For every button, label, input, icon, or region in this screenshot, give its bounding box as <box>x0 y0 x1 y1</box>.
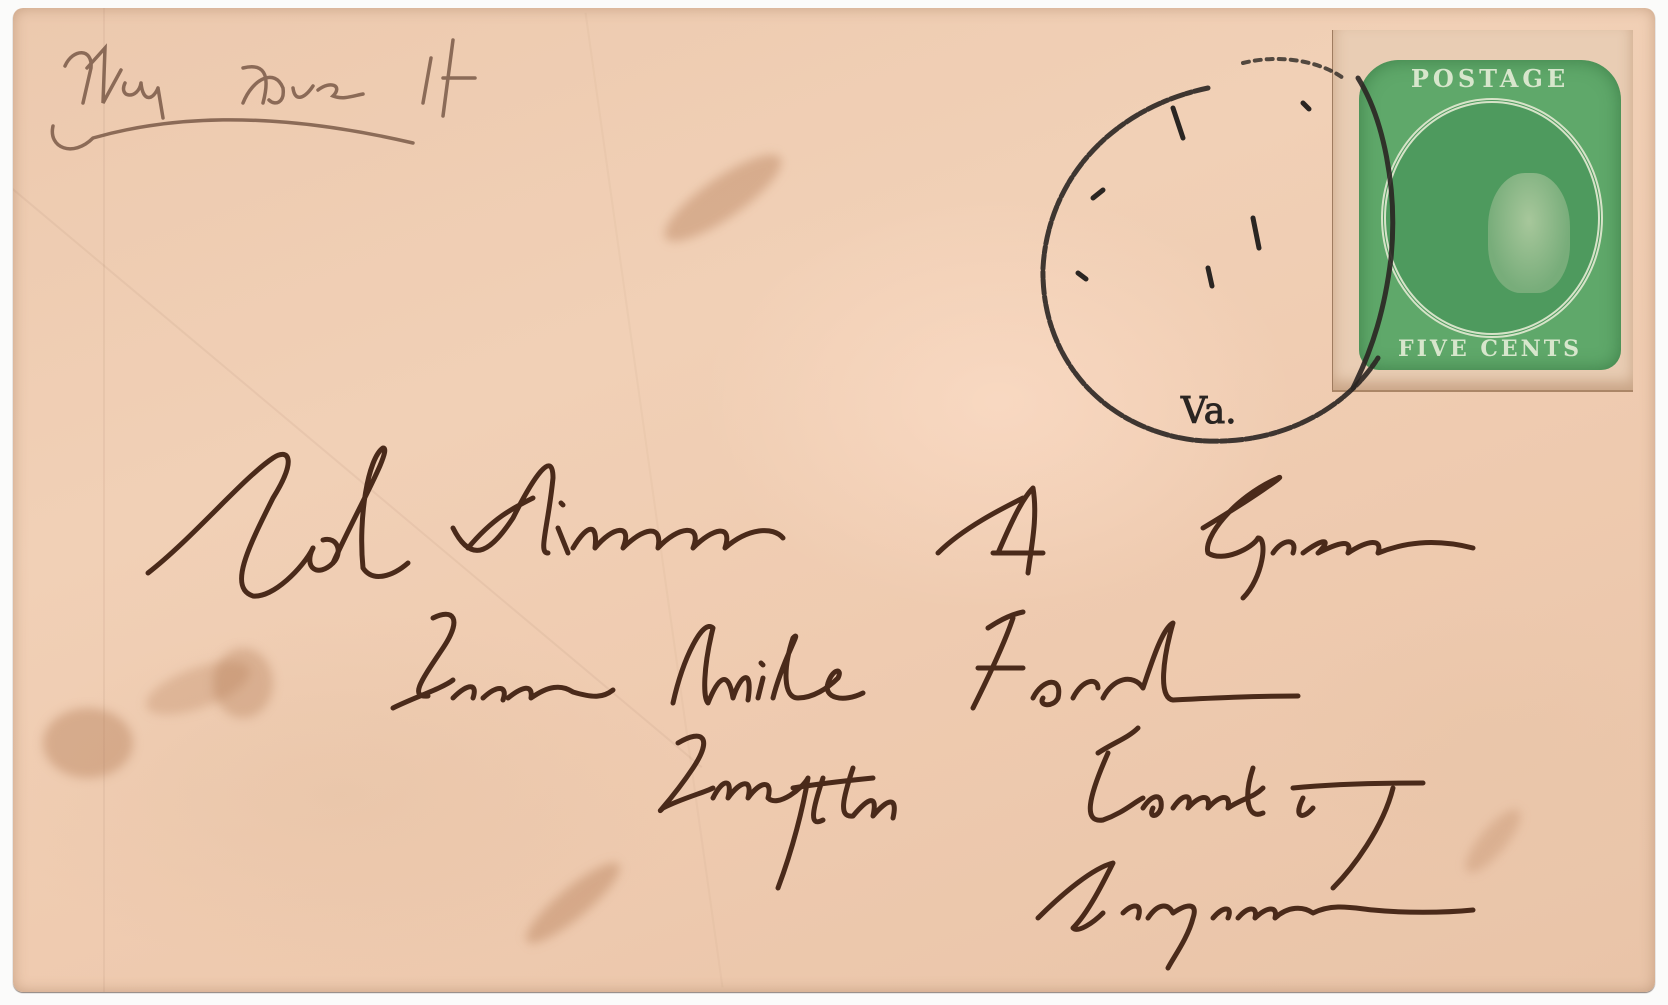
postmark-state: Va. <box>1180 391 1237 432</box>
address-name: Col Hiram A Greever <box>153 478 1114 583</box>
address-street: Seven Mile Ford <box>383 613 1049 706</box>
address-state: Virginia <box>1043 858 1325 940</box>
envelope: POSTAGE FIVE CENTS Va. <box>13 8 1655 992</box>
docket-text: Way Due 10 <box>63 48 426 118</box>
address-county: Smythe County <box>633 728 1255 821</box>
postmark: Va. <box>1043 59 1393 441</box>
